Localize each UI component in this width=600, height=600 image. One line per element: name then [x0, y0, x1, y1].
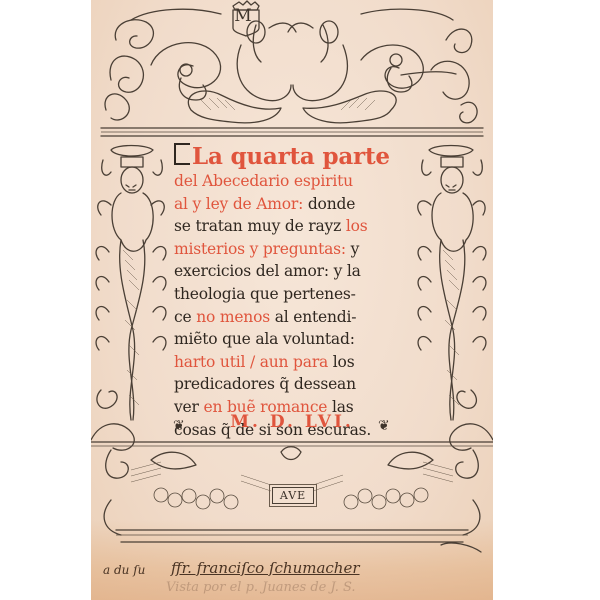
title-line-2: del Abecedario espiritu: [174, 170, 414, 193]
ave-cartouche: AVE: [272, 487, 314, 504]
title-line-8: ce no menos al entendi-: [174, 306, 414, 329]
title-line-1: La quarta parte: [174, 143, 414, 170]
title-line-10: harto util / aun para los: [174, 351, 414, 374]
title-page: M La quarta parte del Abecedario espirit…: [91, 0, 493, 600]
title-line-11: predicadores q̃ dessean: [174, 373, 414, 396]
title-line-4: se tratan muy de rayz los: [174, 215, 414, 238]
manuscript-annotations: a du ſu ffr. franciſco ſchumacher Vista …: [91, 555, 493, 600]
title-line-6: exercicios del amor: y la: [174, 260, 414, 283]
annotation-left: a du ſu: [103, 563, 145, 577]
paragraph-initial-mark: [174, 143, 190, 165]
title-line-5: misterios y preguntas: y: [174, 238, 414, 261]
right-caryatid-ornament: [418, 146, 486, 421]
fleuron-right-icon: ❦: [378, 418, 412, 432]
ownership-signature: ffr. franciſco ſchumacher: [171, 559, 360, 577]
title-line-7: theologia que pertenes-: [174, 283, 414, 306]
left-caryatid-ornament: [96, 146, 166, 421]
title-line-9: miẽto que ala voluntad:: [174, 328, 414, 351]
header-frieze-ornament: [101, 1, 483, 136]
monogram-emblem: M: [230, 4, 256, 28]
faded-annotation: Vista por el p. Juanes de J. S.: [166, 580, 356, 595]
title-line-3: al y ley de Amor: donde: [174, 193, 414, 216]
title-text-block: La quarta parte del Abecedario espiritu …: [174, 143, 414, 441]
